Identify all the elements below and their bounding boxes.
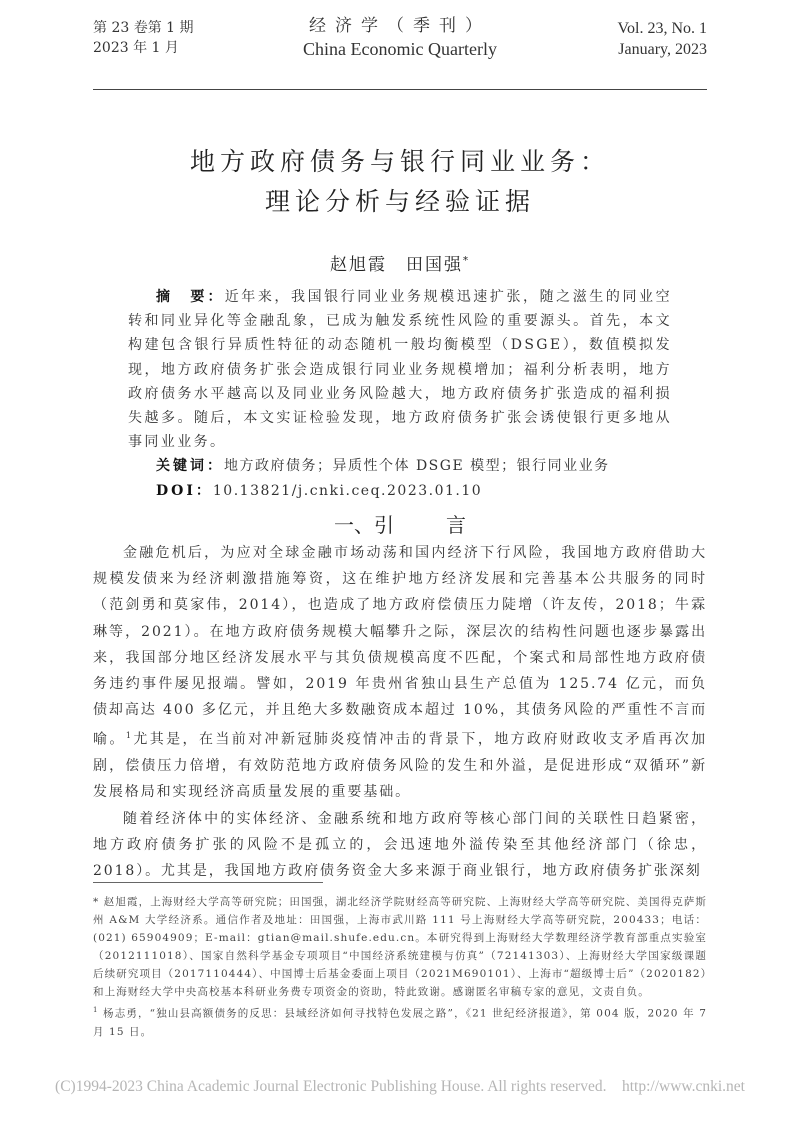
footnote-ref-1[interactable]: 1: [126, 731, 133, 740]
footnote-rule: [93, 882, 323, 883]
footnotes: * 赵旭霞，上海财经大学高等研究院；田国强，湖北经济学院财经高等研究院、上海财经…: [93, 893, 707, 1041]
footnote-1: 1 杨志勇，“独山县高额债务的反思：县域经济如何寻找特色发展之路”，《21 世纪…: [93, 1001, 707, 1041]
paragraph-1-part-b: 尤其是，在当前对冲新冠肺炎疫情冲击的背景下，地方政府财政收支矛盾再次加剧，偿债压…: [93, 732, 707, 800]
journal-name-en: China Economic Quarterly: [200, 38, 600, 60]
issue-date: 2023 年 1 月: [93, 38, 194, 58]
copyright-watermark: (C)1994-2023 China Academic Journal Elec…: [0, 1078, 800, 1096]
keywords-label: 关键词：: [156, 458, 224, 474]
issue-info-en: Vol. 23, No. 1 January, 2023: [618, 18, 708, 60]
abstract-text: 近年来，我国银行同业业务规模迅速扩张，随之滋生的同业空转和同业异化等金融乱象，已…: [128, 289, 672, 450]
volume-issue-en: Vol. 23, No. 1: [618, 18, 708, 39]
section-number: 一、引: [334, 513, 394, 537]
authors: 赵旭霞 田国强*: [100, 250, 700, 275]
abstract-body: 摘 要：近年来，我国银行同业业务规模迅速扩张，随之滋生的同业空转和同业异化等金融…: [128, 285, 672, 454]
issue-info: 第 23 卷第 1 期 2023 年 1 月: [93, 18, 194, 58]
title-line-1: 地方政府债务与银行同业业务：: [100, 142, 700, 182]
journal-name: 经济学（季刊） China Economic Quarterly: [200, 14, 600, 60]
issue-date-en: January, 2023: [618, 39, 708, 60]
title-line-2: 理论分析与经验证据: [100, 182, 700, 222]
header-rule: [93, 89, 707, 90]
paragraph-2: 随着经济体中的实体经济、金融系统和地方政府等核心部门间的关联性日趋紧密，地方政府…: [93, 806, 707, 885]
section-heading: 一、引言: [100, 509, 700, 538]
footnote-1-text: 杨志勇，“独山县高额债务的反思：县域经济如何寻找特色发展之路”，《21 世纪经济…: [93, 1008, 707, 1038]
doi: DOI：10.13821/j.cnki.ceq.2023.01.10: [128, 479, 672, 503]
keywords: 关键词：地方政府债务；异质性个体 DSGE 模型；银行同业业务: [128, 454, 672, 478]
volume-issue: 第 23 卷第 1 期: [93, 18, 194, 38]
abstract-label: 摘 要：: [156, 289, 225, 305]
journal-name-cn: 经济学（季刊）: [200, 14, 600, 38]
footnote-author-text: 赵旭霞，上海财经大学高等研究院；田国强，湖北经济学院财经高等研究院、上海财经大学…: [93, 896, 707, 998]
doi-value: 10.13821/j.cnki.ceq.2023.01.10: [213, 483, 482, 499]
author-footnote-mark: *: [463, 255, 470, 266]
abstract: 摘 要：近年来，我国银行同业业务规模迅速扩张，随之滋生的同业空转和同业异化等金融…: [128, 285, 672, 503]
keywords-text: 地方政府债务；异质性个体 DSGE 模型；银行同业业务: [224, 458, 610, 474]
footnote-author: * 赵旭霞，上海财经大学高等研究院；田国强，湖北经济学院财经高等研究院、上海财经…: [93, 893, 707, 1001]
paper-title: 地方政府债务与银行同业业务： 理论分析与经验证据: [100, 142, 700, 222]
author-names: 赵旭霞 田国强: [330, 255, 463, 275]
body-text: 金融危机后，为应对全球金融市场动荡和国内经济下行风险，我国地方政府借助大规模发债…: [93, 540, 707, 884]
doi-label: DOI：: [156, 483, 213, 499]
paragraph-1: 金融危机后，为应对全球金融市场动荡和国内经济下行风险，我国地方政府借助大规模发债…: [93, 540, 707, 806]
paragraph-1-part-a: 金融危机后，为应对全球金融市场动荡和国内经济下行风险，我国地方政府借助大规模发债…: [93, 545, 707, 748]
section-title-tail: 言: [446, 513, 466, 537]
